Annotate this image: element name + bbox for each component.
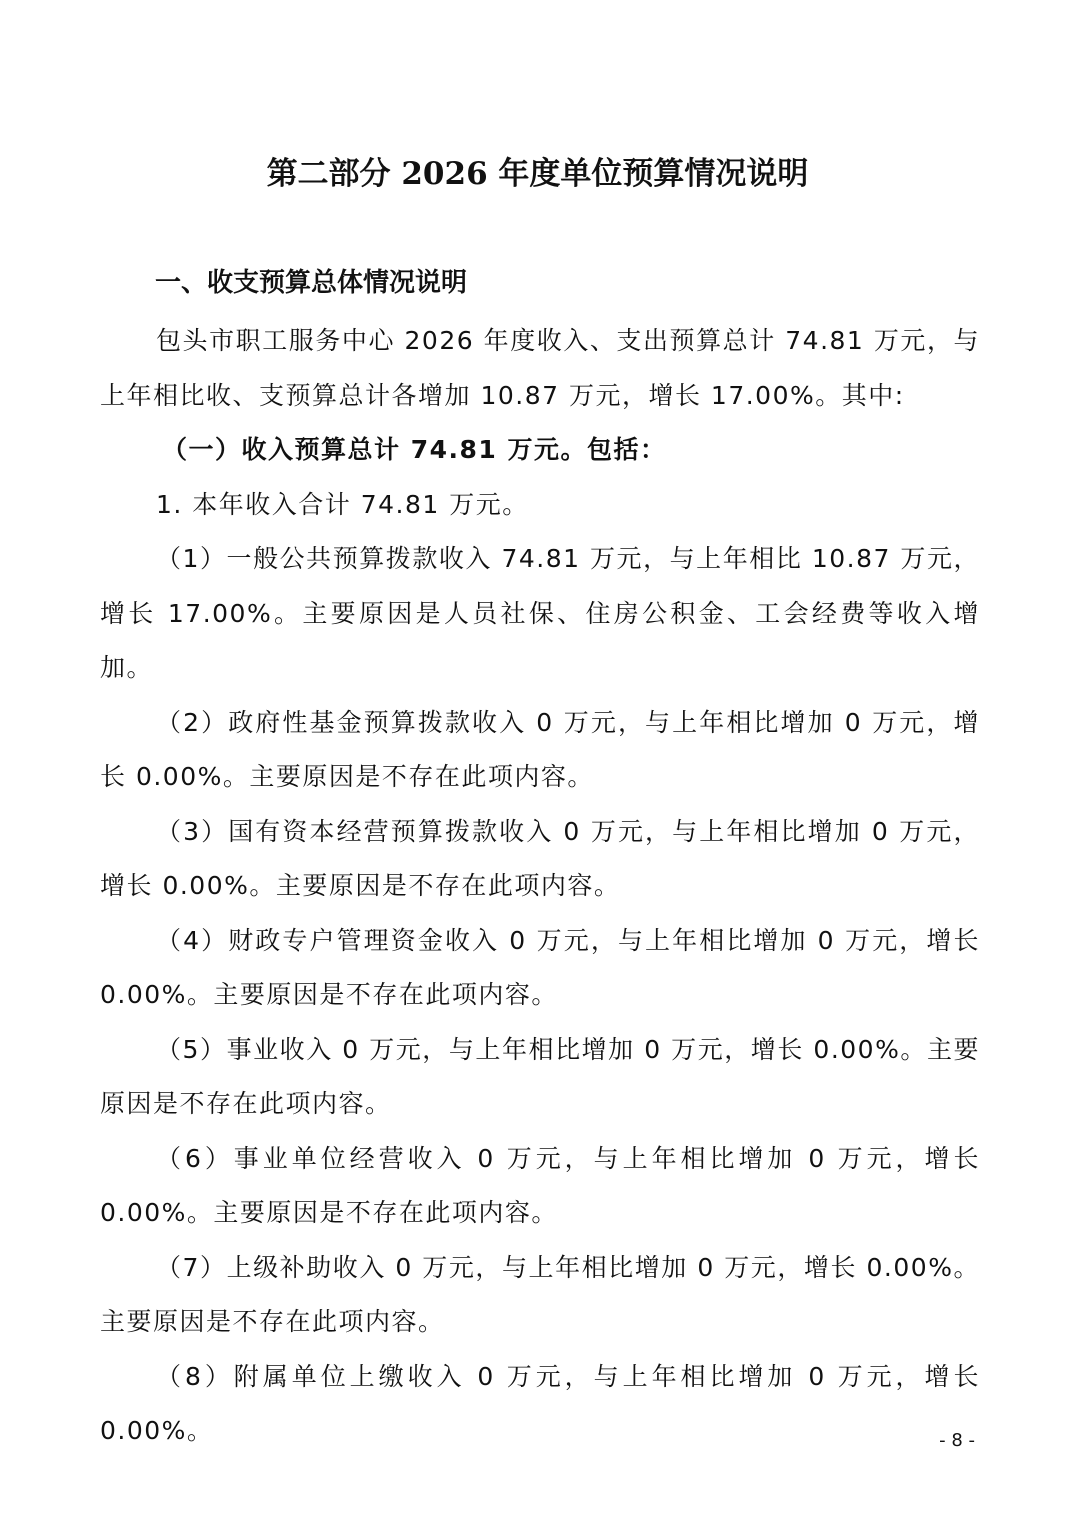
paragraph-operating-income: （6）事业单位经营收入 0 万元，与上年相比增加 0 万元，增长 0.00%。主… [100,1132,980,1241]
paragraph-affiliated-units: （8）附属单位上缴收入 0 万元，与上年相比增加 0 万元，增长 0.00%。 [100,1350,980,1459]
page-number: - 8 - [939,1430,975,1451]
paragraph-fiscal-special-account: （4）财政专户管理资金收入 0 万元，与上年相比增加 0 万元，增长 0.00%… [100,914,980,1023]
document-page: 第二部分 2026 年度单位预算情况说明 一、收支预算总体情况说明 包头市职工服… [0,0,1075,1520]
paragraph-summary: 包头市职工服务中心 2026 年度收入、支出预算总计 74.81 万元，与上年相… [100,314,980,423]
subheading-income-total: （一）收入预算总计 74.81 万元。包括： [100,423,980,478]
body-text: 包头市职工服务中心 2026 年度收入、支出预算总计 74.81 万元，与上年相… [100,314,980,1459]
paragraph-state-capital: （3）国有资本经营预算拨款收入 0 万元，与上年相比增加 0 万元，增长 0.0… [100,805,980,914]
paragraph-government-fund: （2）政府性基金预算拨款收入 0 万元，与上年相比增加 0 万元，增长 0.00… [100,696,980,805]
paragraph-income-current-year: 1. 本年收入合计 74.81 万元。 [100,478,980,533]
paragraph-superior-subsidy: （7）上级补助收入 0 万元，与上年相比增加 0 万元，增长 0.00%。主要原… [100,1241,980,1350]
paragraph-business-income: （5）事业收入 0 万元，与上年相比增加 0 万元，增长 0.00%。主要原因是… [100,1023,980,1132]
page-title: 第二部分 2026 年度单位预算情况说明 [0,148,1075,193]
paragraph-general-public-budget: （1）一般公共预算拨款收入 74.81 万元，与上年相比 10.87 万元，增长… [100,532,980,696]
section-heading: 一、收支预算总体情况说明 [155,262,467,299]
